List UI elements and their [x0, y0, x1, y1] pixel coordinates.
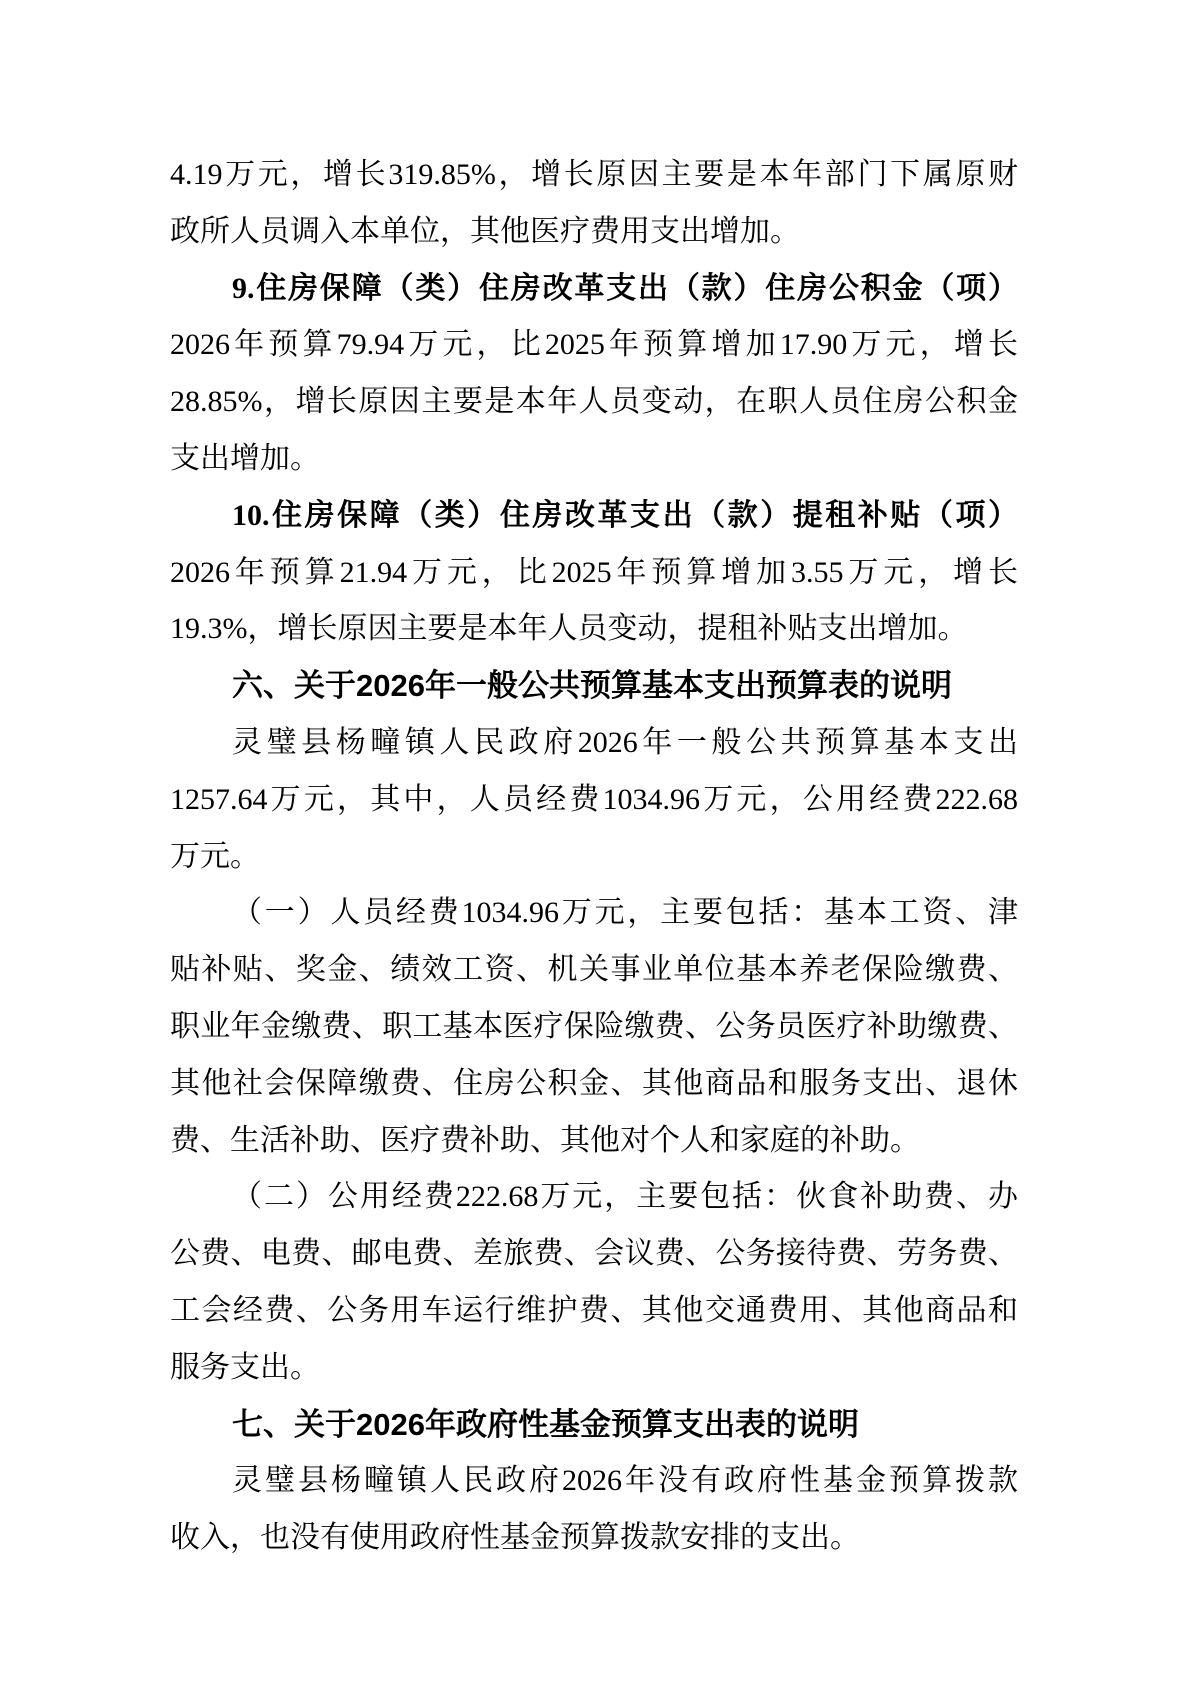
text-line: 灵璧县杨疃镇人民政府2026年没有政府性基金预算拨款 — [170, 1453, 1018, 1510]
text-line: 支出增加。 — [170, 431, 1018, 488]
section-heading-6: 六、关于2026年一般公共预算基本支出预算表的说明 — [170, 658, 1018, 715]
text-line: 其他社会保障缴费、住房公积金、其他商品和服务支出、退休 — [170, 1056, 1018, 1113]
text-line: 工会经费、公务用车运行维护费、其他交通费用、其他商品和 — [170, 1283, 1018, 1340]
text-line: 万元。 — [170, 829, 1018, 886]
text-line: 2026年预算79.94万元，比2025年预算增加17.90万元，增长 — [170, 317, 1018, 374]
paragraph-continuation: 4.19万元，增长319.85%，增长原因主要是本年部门下属原财 政所人员调入本… — [170, 147, 1018, 261]
text-line: 费、生活补助、医疗费补助、其他对个人和家庭的补助。 — [170, 1113, 1018, 1170]
text-line: 政所人员调入本单位，其他医疗费用支出增加。 — [170, 204, 1018, 261]
text-line: 28.85%，增长原因主要是本年人员变动，在职人员住房公积金 — [170, 374, 1018, 431]
section-heading: 七、关于2026年政府性基金预算支出表的说明 — [170, 1397, 1018, 1454]
paragraph-government-fund: 灵璧县杨疃镇人民政府2026年没有政府性基金预算拨款 收入，也没有使用政府性基金… — [170, 1453, 1018, 1567]
text-line: 灵璧县杨疃镇人民政府2026年一般公共预算基本支出 — [170, 715, 1018, 772]
text-line: 2026年预算21.94万元，比2025年预算增加3.55万元，增长 — [170, 545, 1018, 602]
paragraph-budget-item-9: 9.住房保障（类）住房改革支出（款）住房公积金（项） 2026年预算79.94万… — [170, 261, 1018, 488]
paragraph-basic-expenditure: 灵璧县杨疃镇人民政府2026年一般公共预算基本支出 1257.64万元，其中，人… — [170, 715, 1018, 885]
budget-item-heading: 10.住房保障（类）住房改革支出（款）提租补贴（项） — [170, 488, 1018, 545]
budget-item-heading: 9.住房保障（类）住房改革支出（款）住房公积金（项） — [170, 261, 1018, 318]
text-line: 贴补贴、奖金、绩效工资、机关事业单位基本养老保险缴费、 — [170, 942, 1018, 999]
paragraph-budget-item-10: 10.住房保障（类）住房改革支出（款）提租补贴（项） 2026年预算21.94万… — [170, 488, 1018, 658]
text-line: 4.19万元，增长319.85%，增长原因主要是本年部门下属原财 — [170, 147, 1018, 204]
text-line: 19.3%，增长原因主要是本年人员变动，提租补贴支出增加。 — [170, 601, 1018, 658]
paragraph-public-funds: （二）公用经费222.68万元，主要包括：伙食补助费、办 公费、电费、邮电费、差… — [170, 1169, 1018, 1396]
text-line: （二）公用经费222.68万元，主要包括：伙食补助费、办 — [170, 1169, 1018, 1226]
paragraph-personnel-funds: （一）人员经费1034.96万元，主要包括：基本工资、津 贴补贴、奖金、绩效工资… — [170, 885, 1018, 1169]
text-line: （一）人员经费1034.96万元，主要包括：基本工资、津 — [170, 885, 1018, 942]
text-line: 公费、电费、邮电费、差旅费、会议费、公务接待费、劳务费、 — [170, 1226, 1018, 1283]
section-heading-7: 七、关于2026年政府性基金预算支出表的说明 — [170, 1397, 1018, 1454]
section-heading: 六、关于2026年一般公共预算基本支出预算表的说明 — [170, 658, 1018, 715]
text-line: 服务支出。 — [170, 1340, 1018, 1397]
text-line: 收入，也没有使用政府性基金预算拨款安排的支出。 — [170, 1510, 1018, 1567]
text-line: 1257.64万元，其中，人员经费1034.96万元，公用经费222.68 — [170, 772, 1018, 829]
text-line: 职业年金缴费、职工基本医疗保险缴费、公务员医疗补助缴费、 — [170, 999, 1018, 1056]
document-page: 4.19万元，增长319.85%，增长原因主要是本年部门下属原财 政所人员调入本… — [0, 0, 1190, 1684]
